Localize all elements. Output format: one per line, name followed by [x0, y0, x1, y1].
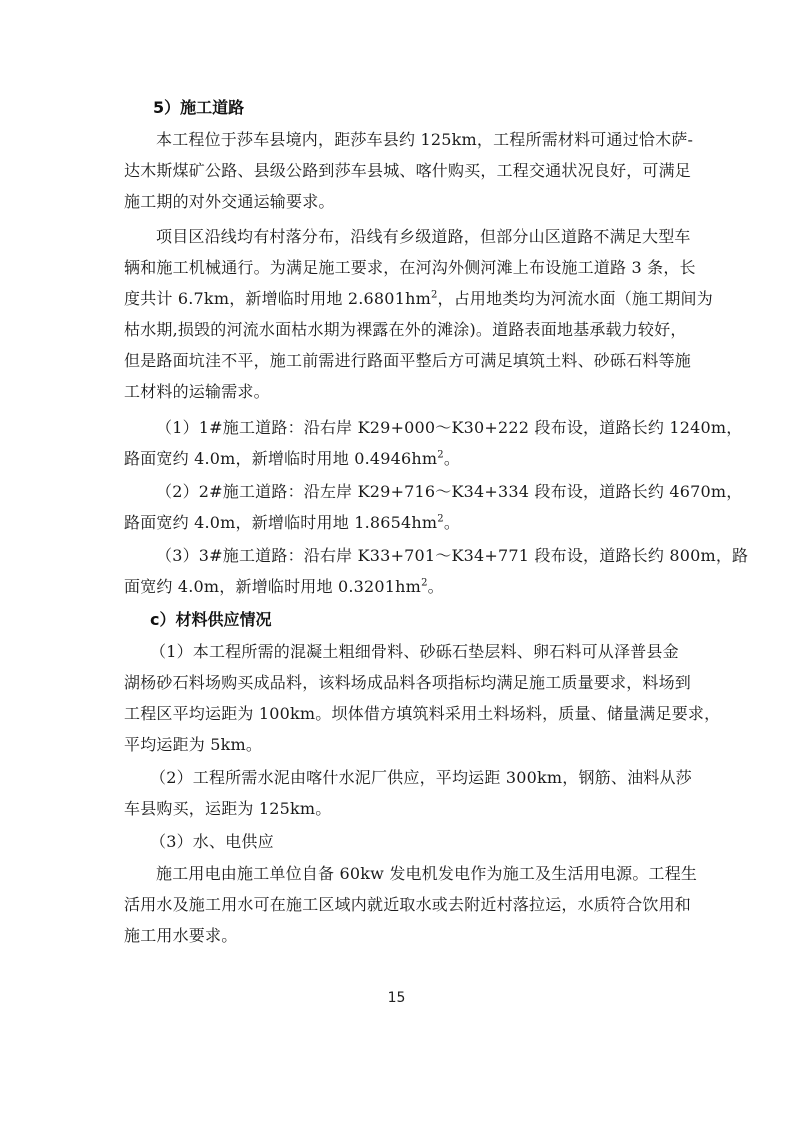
- punctuation: 。: [444, 449, 460, 468]
- paragraph-line: 本工程位于莎车县境内，距莎车县约 125km，工程所需材料可通过恰木萨-: [156, 130, 670, 150]
- paragraph-line: （2）工程所需水泥由喀什水泥厂供应，平均运距 300km，钢筋、油料从莎: [150, 768, 670, 788]
- document-page: 5）施工道路 本工程位于莎车县境内，距莎车县约 125km，工程所需材料可通过恰…: [0, 0, 793, 1122]
- paragraph-line: 平均运距为 5km。: [124, 735, 670, 755]
- subsection-title-water-power: （3）水、电供应: [150, 832, 670, 852]
- paragraph-line: 活用水及施工用水可在施工区域内就近取水或去附近村落拉运，水质符合饮用和: [124, 895, 670, 915]
- paragraph-line: 工程区平均运距为 100km。坝体借方填筑料采用土料场料，质量、储量满足要求，: [124, 704, 670, 724]
- paragraph-line: 但是路面坑洼不平，施工前需进行路面平整后方可满足填筑土料、砂砾石料等施: [124, 351, 670, 371]
- paragraph-line: 工材料的运输需求。: [124, 382, 670, 402]
- paragraph-line: （1）本工程所需的混凝土粗细骨料、砂砾石垫层料、卵石料可从泽普县金: [150, 642, 670, 662]
- road-3-area: 面宽约 4.0m，新增临时用地 0.3201hm: [124, 577, 421, 596]
- punctuation: 。: [428, 577, 444, 596]
- road-3-area-line: 面宽约 4.0m，新增临时用地 0.3201hm2。: [124, 577, 670, 597]
- paragraph-line: 达木斯煤矿公路、县级公路到莎车县城、喀什购买，工程交通状况良好，可满足: [124, 161, 670, 181]
- paragraph-line-with-area: 度共计 6.7km，新增临时用地 2.6801hm2，占用地类均为河流水面（施工…: [124, 289, 670, 309]
- paragraph-line: 项目区沿线均有村落分布，沿线有乡级道路，但部分山区道路不满足大型车: [156, 227, 670, 247]
- road-3-line: （3）3#施工道路：沿右岸 K33+701～K34+771 段布设，道路长约 8…: [156, 546, 670, 566]
- paragraph-line: 枯水期,损毁的河流水面枯水期为裸露在外的滩涂)。道路表面地基承载力较好，: [124, 320, 670, 340]
- punctuation: 。: [444, 513, 460, 532]
- road-2-area-line: 路面宽约 4.0m，新增临时用地 1.8654hm2。: [124, 513, 670, 533]
- section-heading-construction-roads: 5）施工道路: [153, 98, 244, 118]
- paragraph-line: 车县购买，运距为 125km。: [124, 799, 670, 819]
- page-number: 15: [0, 990, 793, 1006]
- road-2-area: 路面宽约 4.0m，新增临时用地 1.8654hm: [124, 513, 437, 532]
- paragraph-line: 施工期的对外交通运输要求。: [124, 192, 670, 212]
- paragraph-line: 湖杨砂石料场购买成品料，该料场成品料各项指标均满足施工质量要求，料场到: [124, 673, 670, 693]
- section-heading-material-supply: c）材料供应情况: [150, 610, 272, 630]
- paragraph-line: 施工用电由施工单位自备 60kw 发电机发电作为施工及生活用电源。工程生: [156, 864, 670, 884]
- road-1-area: 路面宽约 4.0m，新增临时用地 0.4946hm: [124, 449, 437, 468]
- area-text: 度共计 6.7km，新增临时用地 2.6801hm: [124, 289, 431, 308]
- road-1-line: （1）1#施工道路：沿右岸 K29+000～K30+222 段布设，道路长约 1…: [156, 418, 670, 438]
- road-2-line: （2）2#施工道路：沿左岸 K29+716～K34+334 段布设，道路长约 4…: [156, 482, 670, 502]
- road-1-area-line: 路面宽约 4.0m，新增临时用地 0.4946hm2。: [124, 449, 670, 469]
- paragraph-line: 施工用水要求。: [124, 926, 670, 946]
- paragraph-line: 辆和施工机械通行。为满足施工要求，在河沟外侧河滩上布设施工道路 3 条，长: [124, 258, 670, 278]
- land-type-text: ，占用地类均为河流水面（施工期间为: [438, 289, 713, 308]
